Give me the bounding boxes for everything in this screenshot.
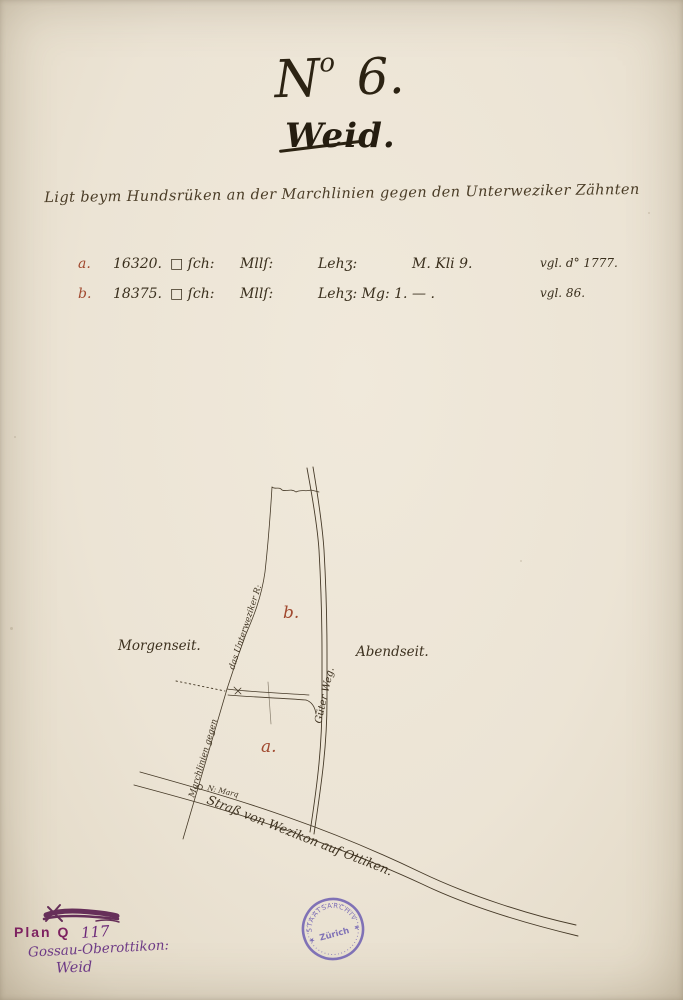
plan-number: 117 (81, 922, 111, 942)
parcel-a-letter: a. (261, 737, 277, 757)
stamp-center-text: Zürich (319, 926, 351, 944)
cadastral-sketch: N: Marq b. a. Morgenseit. Abendseit. Güt… (0, 0, 683, 1000)
dotted-boundary-line (176, 681, 225, 691)
bottom-road-label: Straß von Wezikon auf Ottiken. (205, 792, 395, 879)
right-road-label: Güter Weg. (313, 666, 337, 724)
west-side-label: Abendseit. (354, 644, 429, 660)
plan-stamp-label: Plan Q (14, 924, 70, 940)
parcel-b-top-edge (272, 487, 319, 492)
lane-road-junction (306, 700, 316, 714)
sheet-name-label: Weid (56, 959, 93, 976)
plan-stamp-line: Plan Q 117 (14, 922, 110, 941)
crossed-out-word (44, 905, 119, 922)
cross-lane-line (228, 695, 306, 700)
manuscript-plan-scan: No 6. Weid. Ligt beym Hundsrüken an der … (0, 0, 683, 1000)
east-side-label: Morgenseit. (117, 638, 201, 654)
right-road-line (307, 468, 322, 832)
boundary-stub (268, 682, 271, 724)
archive-round-stamp: ★ STAATSARCHIV ★ Zürich (296, 892, 369, 965)
bottom-road-line (140, 772, 576, 925)
boundary-label-upper: das Unterweziker R: (227, 584, 264, 671)
right-road-line (313, 467, 327, 834)
parcel-b-letter: b. (283, 603, 299, 623)
